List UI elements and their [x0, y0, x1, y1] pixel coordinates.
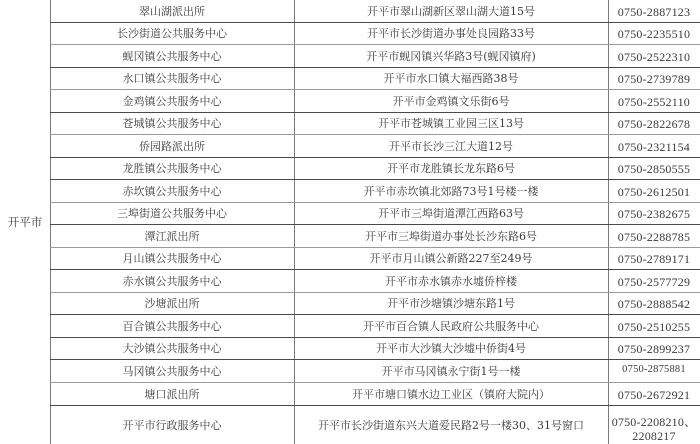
center-address: 开平市三埠街道潭江西路63号 — [294, 203, 608, 225]
table-row: 潭江派出所 开平市三埠街道办事处长沙东路6号 0750-2288785 — [50, 225, 700, 248]
center-name: 长沙街道公共服务中心 — [50, 23, 294, 45]
table-row: 大沙镇公共服务中心 开平市大沙镇大沙墟中侨街4号 0750-2899237 — [50, 338, 700, 360]
center-address: 开平市马冈镇永宁街1号一楼 — [294, 360, 608, 383]
center-phone: 0750-2577729 — [608, 270, 700, 293]
center-name: 马冈镇公共服务中心 — [50, 360, 294, 383]
center-name: 龙胜镇公共服务中心 — [50, 158, 294, 180]
center-phone: 0750-2612501 — [608, 180, 700, 203]
table-row: 长沙街道公共服务中心 开平市长沙街道办事处良园路33号 0750-2235510 — [50, 23, 700, 45]
table-row: 开平市行政服务中心 开平市长沙街道东兴大道爱民路2号一楼30、31号窗口 075… — [50, 406, 700, 444]
table-row: 蚬冈镇公共服务中心 开平市蚬冈镇兴华路3号(蚬冈镇府) 0750-2522310 — [50, 45, 700, 68]
center-name: 开平市行政服务中心 — [50, 406, 294, 444]
center-phone: 0750-2510255 — [608, 315, 700, 338]
center-address: 开平市龙胜镇长龙东路6号 — [294, 158, 608, 180]
center-address: 开平市金鸡镇文乐街6号 — [294, 90, 608, 113]
center-address: 开平市长沙三江大道12号 — [294, 135, 608, 158]
center-name: 翠山湖派出所 — [50, 0, 294, 23]
center-name: 三埠街道公共服务中心 — [50, 203, 294, 225]
center-name: 蚬冈镇公共服务中心 — [50, 45, 294, 68]
center-phone: 0750-2899237 — [608, 338, 700, 360]
table-row: 苍城镇公共服务中心 开平市苍城镇工业园三区13号 0750-2822678 — [50, 113, 700, 135]
center-address: 开平市沙塘镇沙塘东路1号 — [294, 293, 608, 315]
center-address: 开平市百合镇人民政府公共服务中心 — [294, 315, 608, 338]
center-name: 潭江派出所 — [50, 225, 294, 248]
table-row: 赤坎镇公共服务中心 开平市赤坎镇北郊路73号1号楼一楼 0750-2612501 — [50, 180, 700, 203]
center-phone: 0750-2888542 — [608, 293, 700, 315]
center-address: 开平市赤坎镇北郊路73号1号楼一楼 — [294, 180, 608, 203]
center-phone: 0750-2288785 — [608, 225, 700, 248]
table-row: 塘口派出所 开平市塘口镇水边工业区（镇府大院内） 0750-2672921 — [50, 383, 700, 406]
center-phone: 0750-2875881 — [608, 360, 700, 383]
center-name: 水口镇公共服务中心 — [50, 68, 294, 90]
center-address: 开平市三埠街道办事处长沙东路6号 — [294, 225, 608, 248]
center-address: 开平市长沙街道东兴大道爱民路2号一楼30、31号窗口 — [294, 406, 608, 444]
table-row: 侨园路派出所 开平市长沙三江大道12号 0750-2321154 — [50, 135, 700, 158]
table-row: 翠山湖派出所 开平市翠山湖新区翠山湖大道15号 0750-2887123 — [50, 0, 700, 23]
table-row: 百合镇公共服务中心 开平市百合镇人民政府公共服务中心 0750-2510255 — [50, 315, 700, 338]
table-row: 马冈镇公共服务中心 开平市马冈镇永宁街1号一楼 0750-2875881 — [50, 360, 700, 383]
table-row: 沙塘派出所 开平市沙塘镇沙塘东路1号 0750-2888542 — [50, 293, 700, 315]
center-address: 开平市蚬冈镇兴华路3号(蚬冈镇府) — [294, 45, 608, 68]
center-address: 开平市赤水镇赤水墟侨梓楼 — [294, 270, 608, 293]
center-address: 开平市苍城镇工业园三区13号 — [294, 113, 608, 135]
center-address: 开平市塘口镇水边工业区（镇府大院内） — [294, 383, 608, 406]
center-name: 百合镇公共服务中心 — [50, 315, 294, 338]
center-phone: 0750-2208210、2208217 — [608, 406, 700, 444]
center-address: 开平市翠山湖新区翠山湖大道15号 — [294, 0, 608, 23]
center-phone: 0750-2789171 — [608, 248, 700, 270]
table-row: 三埠街道公共服务中心 开平市三埠街道潭江西路63号 0750-2382675 — [50, 203, 700, 225]
center-phone: 0750-2739789 — [608, 68, 700, 90]
center-phone: 0750-2522310 — [608, 45, 700, 68]
center-name: 大沙镇公共服务中心 — [50, 338, 294, 360]
center-address: 开平市大沙镇大沙墟中侨街4号 — [294, 338, 608, 360]
table-row: 赤水镇公共服务中心 开平市赤水镇赤水墟侨梓楼 0750-2577729 — [50, 270, 700, 293]
center-name: 月山镇公共服务中心 — [50, 248, 294, 270]
center-name: 金鸡镇公共服务中心 — [50, 90, 294, 113]
center-name: 苍城镇公共服务中心 — [50, 113, 294, 135]
center-name: 侨园路派出所 — [50, 135, 294, 158]
center-name: 赤水镇公共服务中心 — [50, 270, 294, 293]
center-name: 塘口派出所 — [50, 383, 294, 406]
center-phone: 0750-2887123 — [608, 0, 700, 23]
center-phone: 0750-2850555 — [608, 158, 700, 180]
center-phone: 0750-2382675 — [608, 203, 700, 225]
center-name: 赤坎镇公共服务中心 — [50, 180, 294, 203]
table-row: 水口镇公共服务中心 开平市水口镇大福西路38号 0750-2739789 — [50, 68, 700, 90]
center-phone: 0750-2672921 — [608, 383, 700, 406]
center-phone: 0750-2321154 — [608, 135, 700, 158]
center-name: 沙塘派出所 — [50, 293, 294, 315]
center-address: 开平市长沙街道办事处良园路33号 — [294, 23, 608, 45]
table-row: 金鸡镇公共服务中心 开平市金鸡镇文乐街6号 0750-2552110 — [50, 90, 700, 113]
center-address: 开平市水口镇大福西路38号 — [294, 68, 608, 90]
service-center-table: 开平市 翠山湖派出所 开平市翠山湖新区翠山湖大道15号 0750-2887123… — [0, 0, 700, 444]
center-phone: 0750-2552110 — [608, 90, 700, 113]
center-phone: 0750-2235510 — [608, 23, 700, 45]
center-address: 开平市月山镇公新路227至249号 — [294, 248, 608, 270]
center-phone: 0750-2822678 — [608, 113, 700, 135]
table-row: 月山镇公共服务中心 开平市月山镇公新路227至249号 0750-2789171 — [50, 248, 700, 270]
region-cell: 开平市 — [0, 0, 50, 444]
table-row: 龙胜镇公共服务中心 开平市龙胜镇长龙东路6号 0750-2850555 — [50, 158, 700, 180]
